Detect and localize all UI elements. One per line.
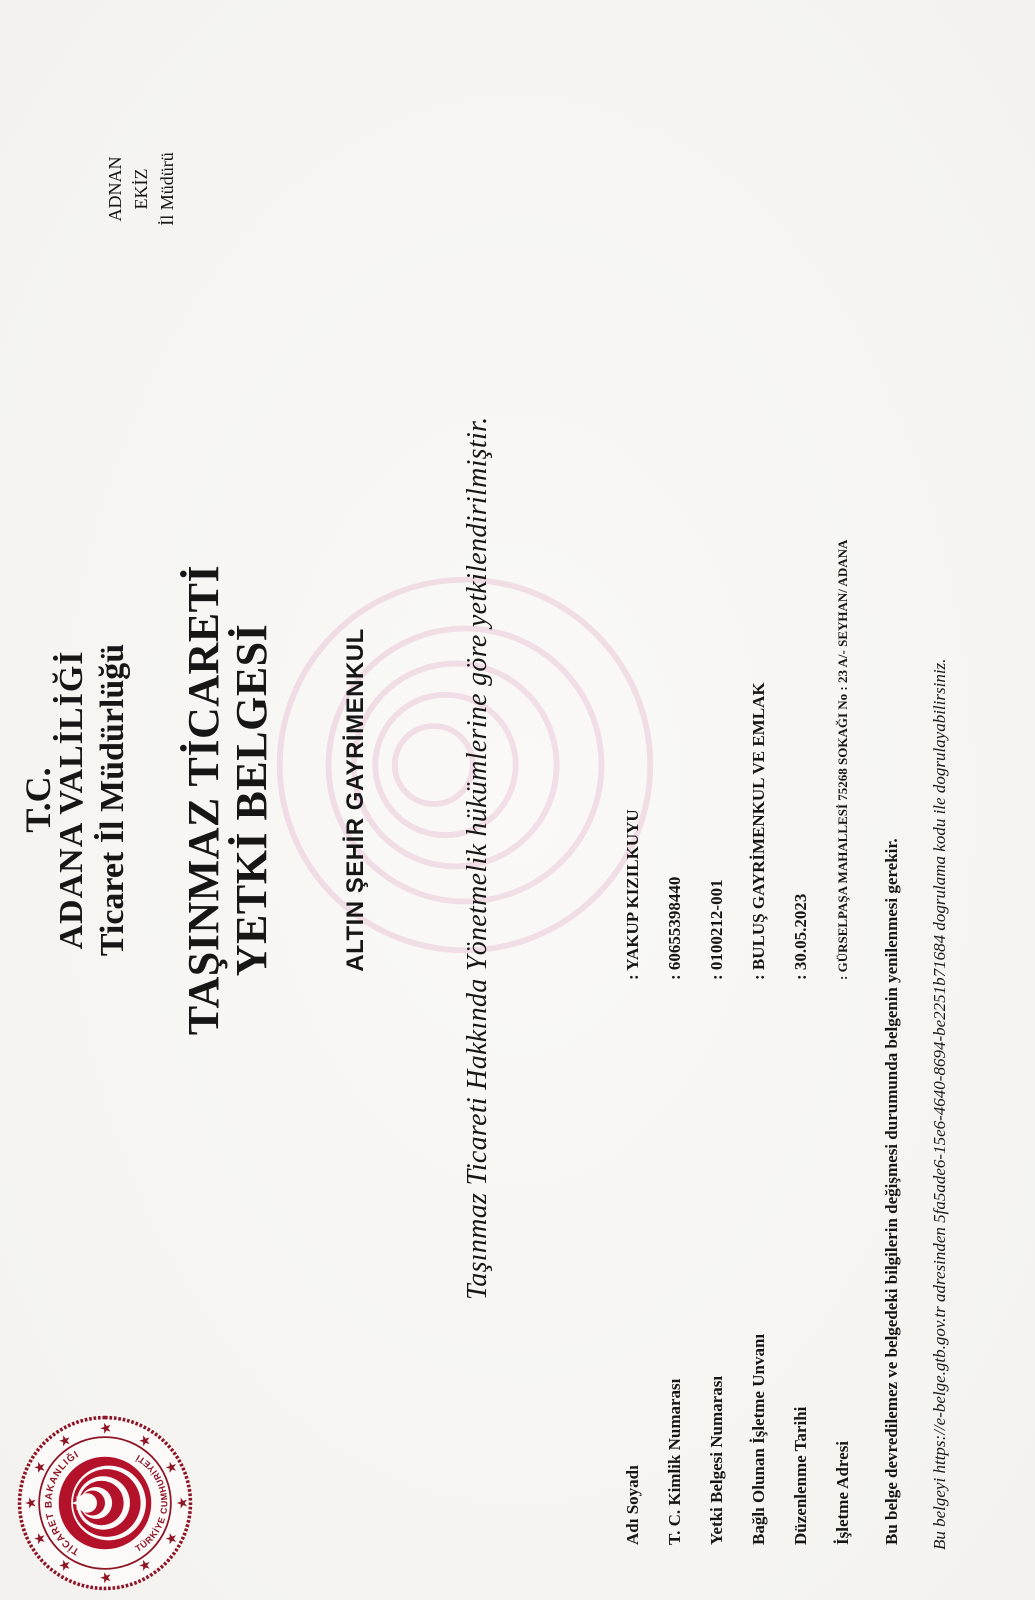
field-label: Düzenlenme Tarihi — [791, 980, 811, 1545]
field-row-certificate-number: Yetki Belgesi Numarası : 0100212-001 — [696, 540, 738, 1545]
field-label: Bağlı Olunan İşletme Unvanı — [749, 980, 769, 1545]
field-row-tc-id: T. C. Kimlik Numarası : 60655398440 — [654, 540, 696, 1545]
field-value: : 0100212-001 — [707, 879, 727, 980]
field-value: : BULUŞ GAYRİMENKUL VE EMLAK — [749, 682, 769, 980]
field-row-business-address: İşletme Adresi : GÜRSELPAŞA MAHALLESİ 75… — [822, 540, 864, 1545]
svg-text:★: ★ — [164, 1461, 180, 1474]
svg-text:★: ★ — [138, 1559, 154, 1572]
field-label: T. C. Kimlik Numarası — [665, 980, 685, 1545]
company-name: ALTIN ŞEHİR GAYRİMENKUL — [342, 0, 370, 1600]
header-governorship: ADANA VALİLİĞİ — [52, 0, 92, 1600]
svg-text:★: ★ — [138, 1434, 154, 1447]
field-row-business-title: Bağlı Olunan İşletme Unvanı : BULUŞ GAYR… — [738, 540, 780, 1545]
field-label: Adı Soyadı — [623, 980, 643, 1545]
non-transferable-notice: Bu belge devredilemez ve belgedeki bilgi… — [882, 838, 902, 1545]
document-title-line2: YETKİ BELGESİ — [228, 0, 276, 1600]
signer-name: ADNAN EKİZ — [102, 134, 154, 244]
svg-text:★: ★ — [164, 1532, 180, 1545]
signer-block: ADNAN EKİZ İl Müdürü — [102, 134, 180, 244]
field-label: İşletme Adresi — [833, 980, 853, 1545]
certificate-fields: Adı Soyadı : YAKUP KIZILKUYU T. C. Kimli… — [612, 540, 864, 1545]
field-label: Yetki Belgesi Numarası — [707, 980, 727, 1545]
signer-title: İl Müdürü — [154, 134, 180, 244]
field-row-name: Adı Soyadı : YAKUP KIZILKUYU — [612, 540, 654, 1545]
authorization-statement: Taşınmaz Ticareti Hakkında Yönetmelik hü… — [462, 417, 494, 1300]
field-value: : 30.05.2023 — [791, 894, 811, 980]
field-value: : YAKUP KIZILKUYU — [623, 809, 643, 980]
field-value: : GÜRSELPAŞA MAHALLESİ 75268 SOKAĞI No :… — [835, 540, 851, 980]
document-title-line1: TAŞINMAZ TİCARETİ — [180, 0, 228, 1600]
verification-instructions: Bu belgeyi https://e-belge.gtb.gov.tr ad… — [930, 659, 950, 1550]
field-value: : 60655398440 — [665, 877, 685, 980]
field-row-issue-date: Düzenlenme Tarihi : 30.05.2023 — [780, 540, 822, 1545]
certificate-page: TİCARET BAKANLIĞI TÜRKİYE CUMHURİYETİ ★★… — [0, 0, 1035, 1600]
